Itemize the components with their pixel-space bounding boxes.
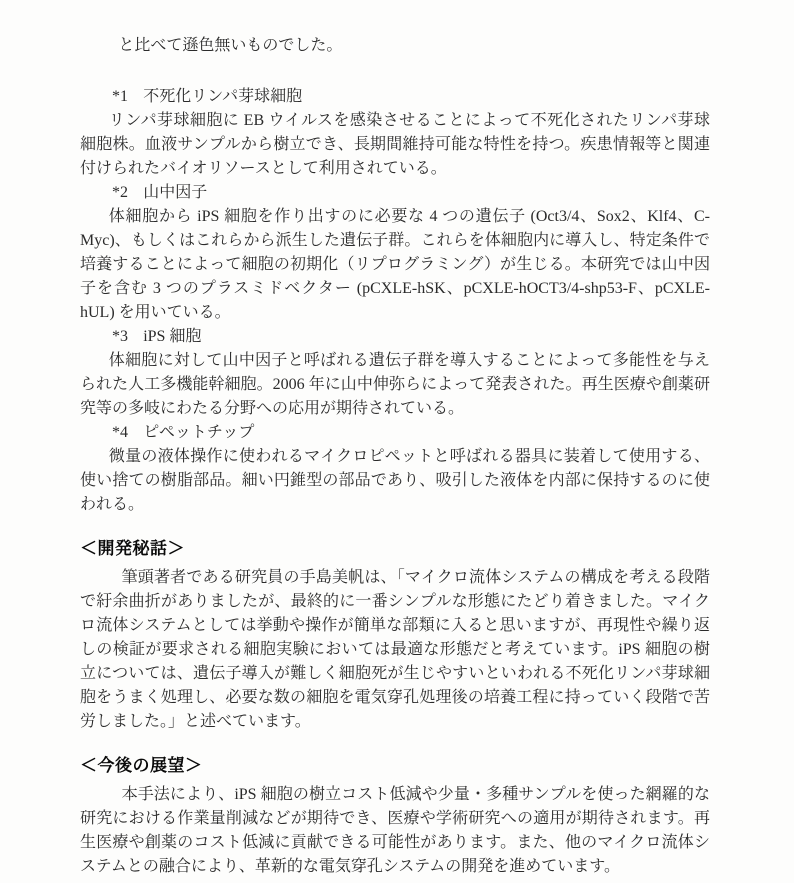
section-future-outlook: ＜今後の展望＞ 本手法により、iPS 細胞の樹立コスト低減や少量・多種サンプルを… bbox=[80, 754, 710, 879]
footnote-heading: *2山中因子 bbox=[80, 181, 710, 205]
footnote-body: リンパ芽球細胞に EB ウイルスを感染させることによって不死化されたリンパ芽球細… bbox=[80, 109, 710, 181]
footnote-body: 体細胞から iPS 細胞を作り出すのに必要な 4 つの遺伝子 (Oct3/4、S… bbox=[80, 205, 710, 325]
footnote-item: *2山中因子 体細胞から iPS 細胞を作り出すのに必要な 4 つの遺伝子 (O… bbox=[80, 181, 710, 325]
section-body: 本手法により、iPS 細胞の樹立コスト低減や少量・多種サンプルを使った網羅的な研… bbox=[80, 783, 710, 879]
footnote-term: 不死化リンパ芽球細胞 bbox=[143, 88, 302, 105]
footnote-heading: *3iPS 細胞 bbox=[80, 325, 710, 349]
footnote-heading: *1不死化リンパ芽球細胞 bbox=[80, 85, 710, 109]
footnotes-section: *1不死化リンパ芽球細胞 リンパ芽球細胞に EB ウイルスを感染させることによっ… bbox=[80, 85, 710, 517]
footnote-item: *4ピペットチップ 微量の液体操作に使われるマイクロピペットと呼ばれる器具に装着… bbox=[80, 421, 710, 517]
footnote-body: 体細胞に対して山中因子と呼ばれる遺伝子群を導入することによって多能性を与えられた… bbox=[80, 349, 710, 421]
intro-paragraph: と比べて遜色無いものでした。 bbox=[80, 34, 710, 58]
section-heading: ＜今後の展望＞ bbox=[80, 754, 710, 778]
footnote-heading: *4ピペットチップ bbox=[80, 421, 710, 445]
footnote-term: ピペットチップ bbox=[143, 424, 254, 441]
footnote-item: *1不死化リンパ芽球細胞 リンパ芽球細胞に EB ウイルスを感染させることによっ… bbox=[80, 85, 710, 181]
footnote-marker: *1 bbox=[112, 88, 128, 105]
section-heading: ＜開発秘話＞ bbox=[80, 537, 710, 561]
footnote-marker: *2 bbox=[112, 184, 128, 201]
section-development-story: ＜開発秘話＞ 筆頭著者である研究員の手島美帆は、「マイクロ流体システムの構成を考… bbox=[80, 537, 710, 734]
section-body: 筆頭著者である研究員の手島美帆は、「マイクロ流体システムの構成を考える段階で紆余… bbox=[80, 566, 710, 734]
document-page: と比べて遜色無いものでした。 *1不死化リンパ芽球細胞 リンパ芽球細胞に EB … bbox=[0, 0, 794, 883]
footnote-term: 山中因子 bbox=[143, 184, 207, 201]
footnote-item: *3iPS 細胞 体細胞に対して山中因子と呼ばれる遺伝子群を導入することによって… bbox=[80, 325, 710, 421]
footnote-marker: *4 bbox=[112, 424, 128, 441]
footnote-term: iPS 細胞 bbox=[143, 328, 201, 345]
footnote-body: 微量の液体操作に使われるマイクロピペットと呼ばれる器具に装着して使用する、使い捨… bbox=[80, 445, 710, 517]
footnote-marker: *3 bbox=[112, 328, 128, 345]
